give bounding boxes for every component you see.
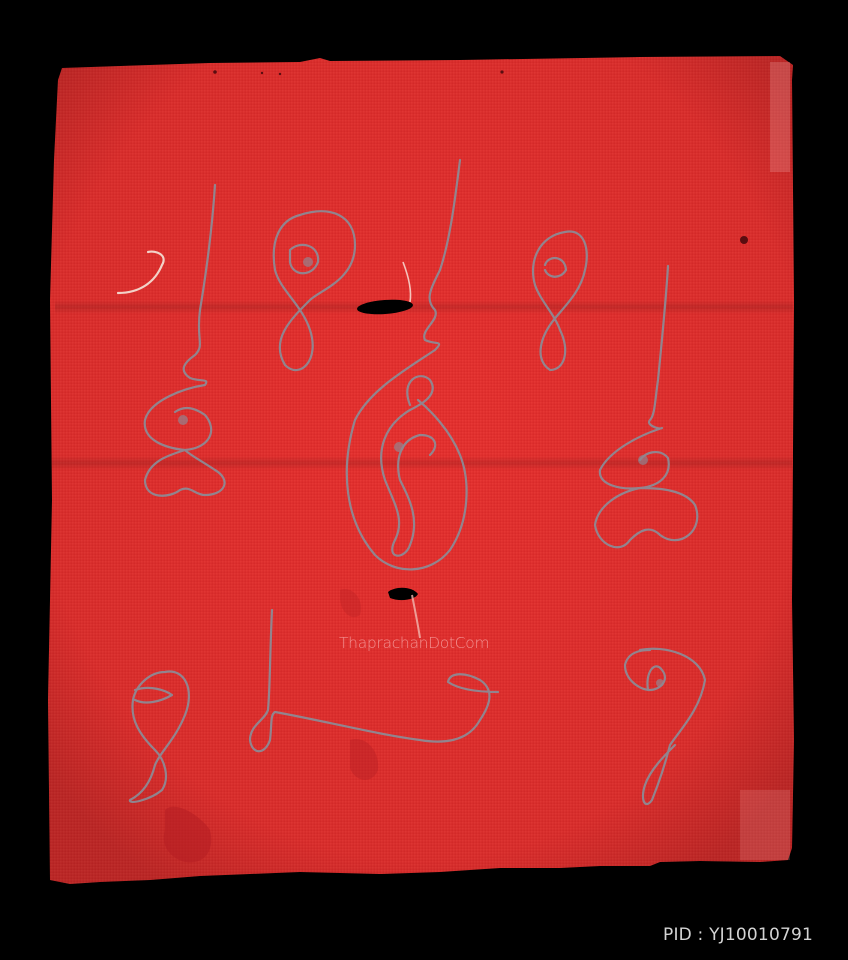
- watermark-text: ThaprachanDotCom: [339, 634, 489, 652]
- pid-label: PID : YJ10010791: [663, 925, 813, 945]
- fold-crease-upper: [55, 300, 793, 314]
- photo-stage: ThaprachanDotCom PID : YJ10010791: [0, 0, 848, 960]
- red-cloth-talisman: [0, 0, 848, 960]
- spot-top-right: [740, 236, 748, 244]
